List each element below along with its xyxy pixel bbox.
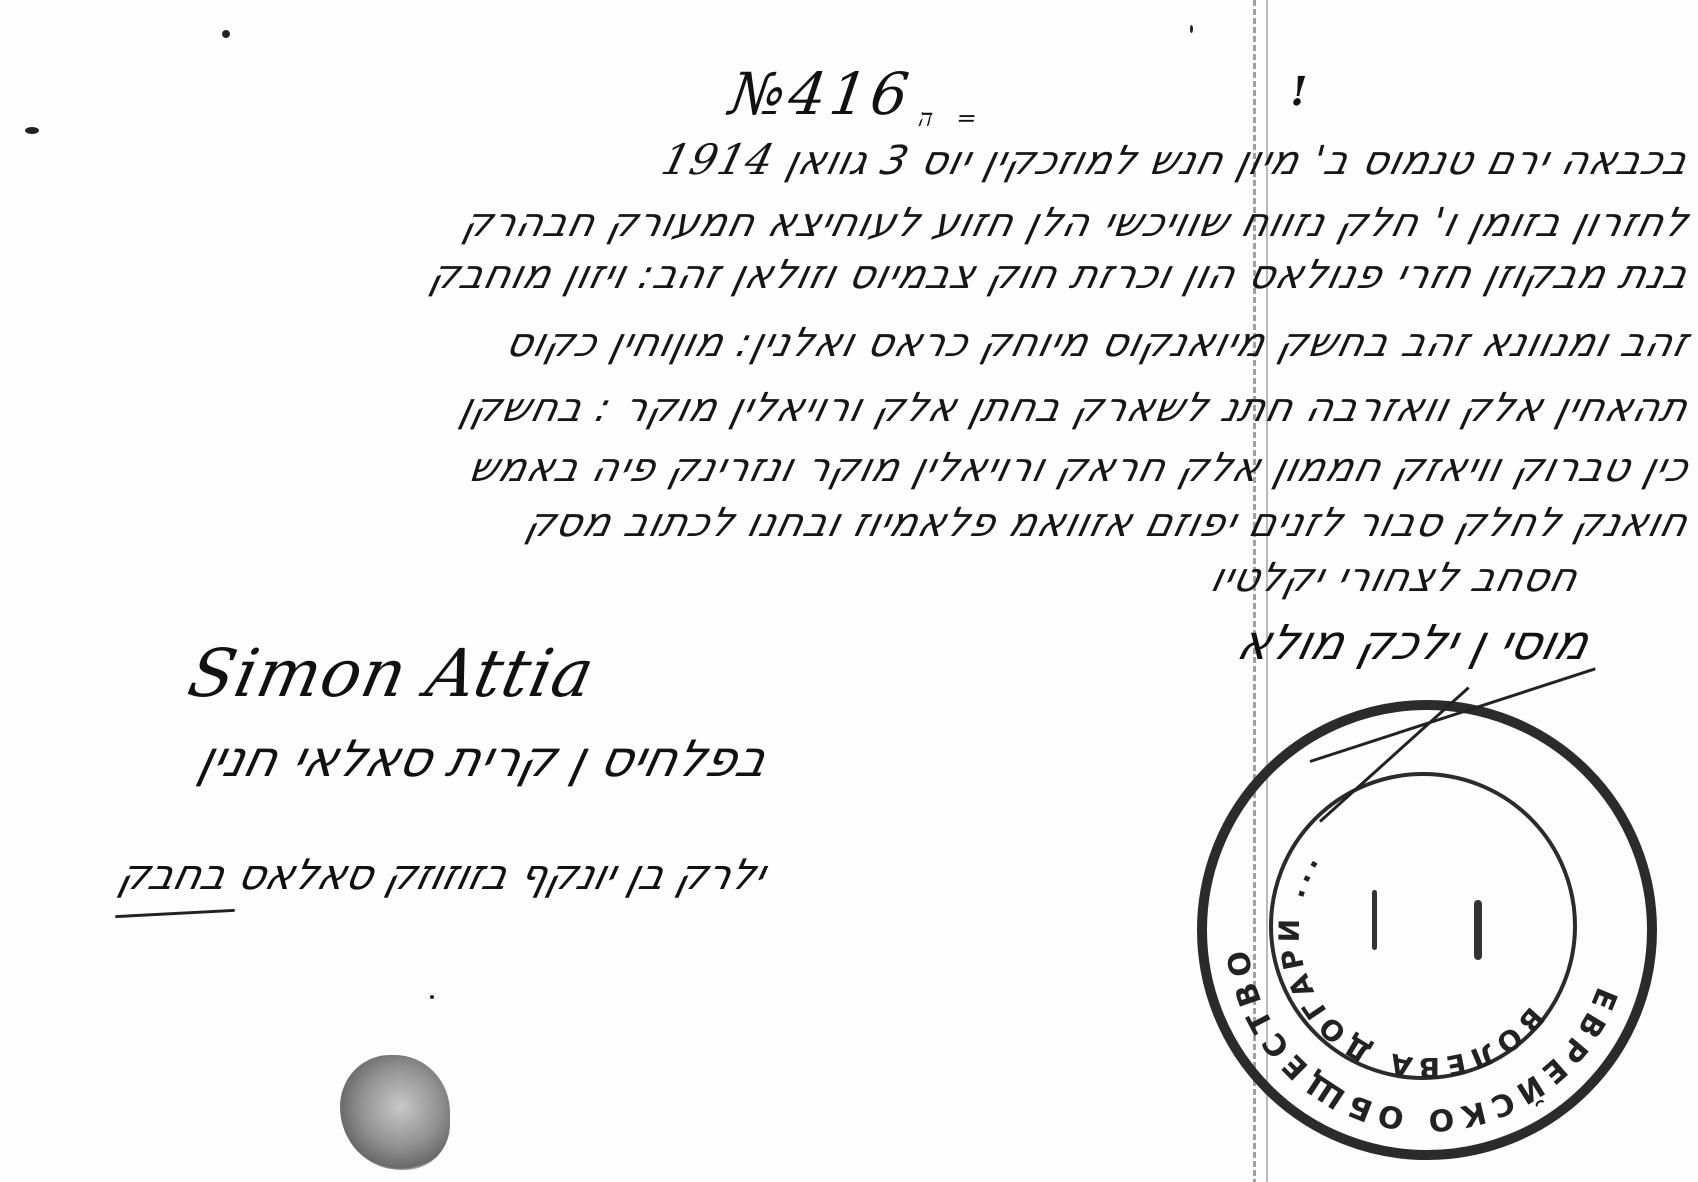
signature-underline (115, 909, 235, 918)
signature-simon-attia: Simon Attia (182, 635, 602, 712)
body-line-5: כין טברוק וויאזק חממון אלק חראק ורויאלין… (464, 445, 1694, 491)
date-line-text: בכבאה ירם טנמוס ב' מיון חנש למוזכקין יוס… (781, 138, 1693, 184)
date-year: 1914 (657, 135, 780, 184)
ink-speck (25, 127, 39, 134)
document-number: №ה416= (725, 60, 999, 133)
ink-mark: ! (1286, 68, 1312, 115)
ink-speck (1190, 25, 1193, 33)
stamp-text-ring: ЕВРЕЙСКО ОБЩЕСТВО ВОЛЕВА ДОГАРИ ... (1207, 710, 1647, 1150)
signature-middle: בפלחיס ן קרית סאלאי חנין (193, 730, 774, 788)
body-line-1: לחזרון בזומן ו' חלק נזווח שוויכשי הלן חז… (458, 200, 1694, 246)
official-stamp: ЕВРЕЙСКО ОБЩЕСТВО ВОЛЕВА ДОГАРИ ... (1197, 700, 1657, 1160)
ink-speck (222, 30, 230, 38)
body-line-2: בנת מבקוזן חזרי פנולאס הון וכרזת חוק צבמ… (425, 252, 1694, 298)
body-line-7: חסחב לצחורי יקלטיו (1207, 555, 1584, 601)
body-line-3: זהב ומנוונא זהב בחשק מיואנקוס מיוחק כראס… (501, 320, 1694, 366)
ink-smudge (340, 1055, 450, 1170)
document-page: ! №ה416= בכבאה ירם טנמוס ב' מיון חנש למו… (0, 0, 1698, 1182)
signature-right: מוסי ן ילכק מולא (1232, 615, 1595, 671)
svg-text:ВОЛЕВА ДОГАРИ ...: ВОЛЕВА ДОГАРИ ... (1273, 843, 1551, 1084)
date-line: בכבאה ירם טנמוס ב' מיון חנש למוזכקין יוס… (657, 135, 1694, 184)
stamp-inner-text: ВОЛЕВА ДОГАРИ ... (1273, 843, 1551, 1084)
body-line-4: תהאחין אלק וואזרבה חתנ לשארק בחתן אלק ור… (455, 385, 1693, 431)
stamp-center-mark (1372, 890, 1377, 950)
number-value: 416 (784, 60, 916, 128)
number-suffix: = (955, 104, 983, 132)
body-line-6: חואנק לחלק סבור לזנים יפוזם אזוואמ פלאמי… (521, 500, 1693, 546)
number-sub: ה (917, 104, 939, 132)
number-prefix: № (726, 60, 794, 128)
ink-speck (430, 995, 434, 999)
signature-bottom: ילרק בן יונקף בזוזוזק סאלאס בחבק (114, 850, 771, 899)
stamp-center-mark (1474, 900, 1482, 960)
